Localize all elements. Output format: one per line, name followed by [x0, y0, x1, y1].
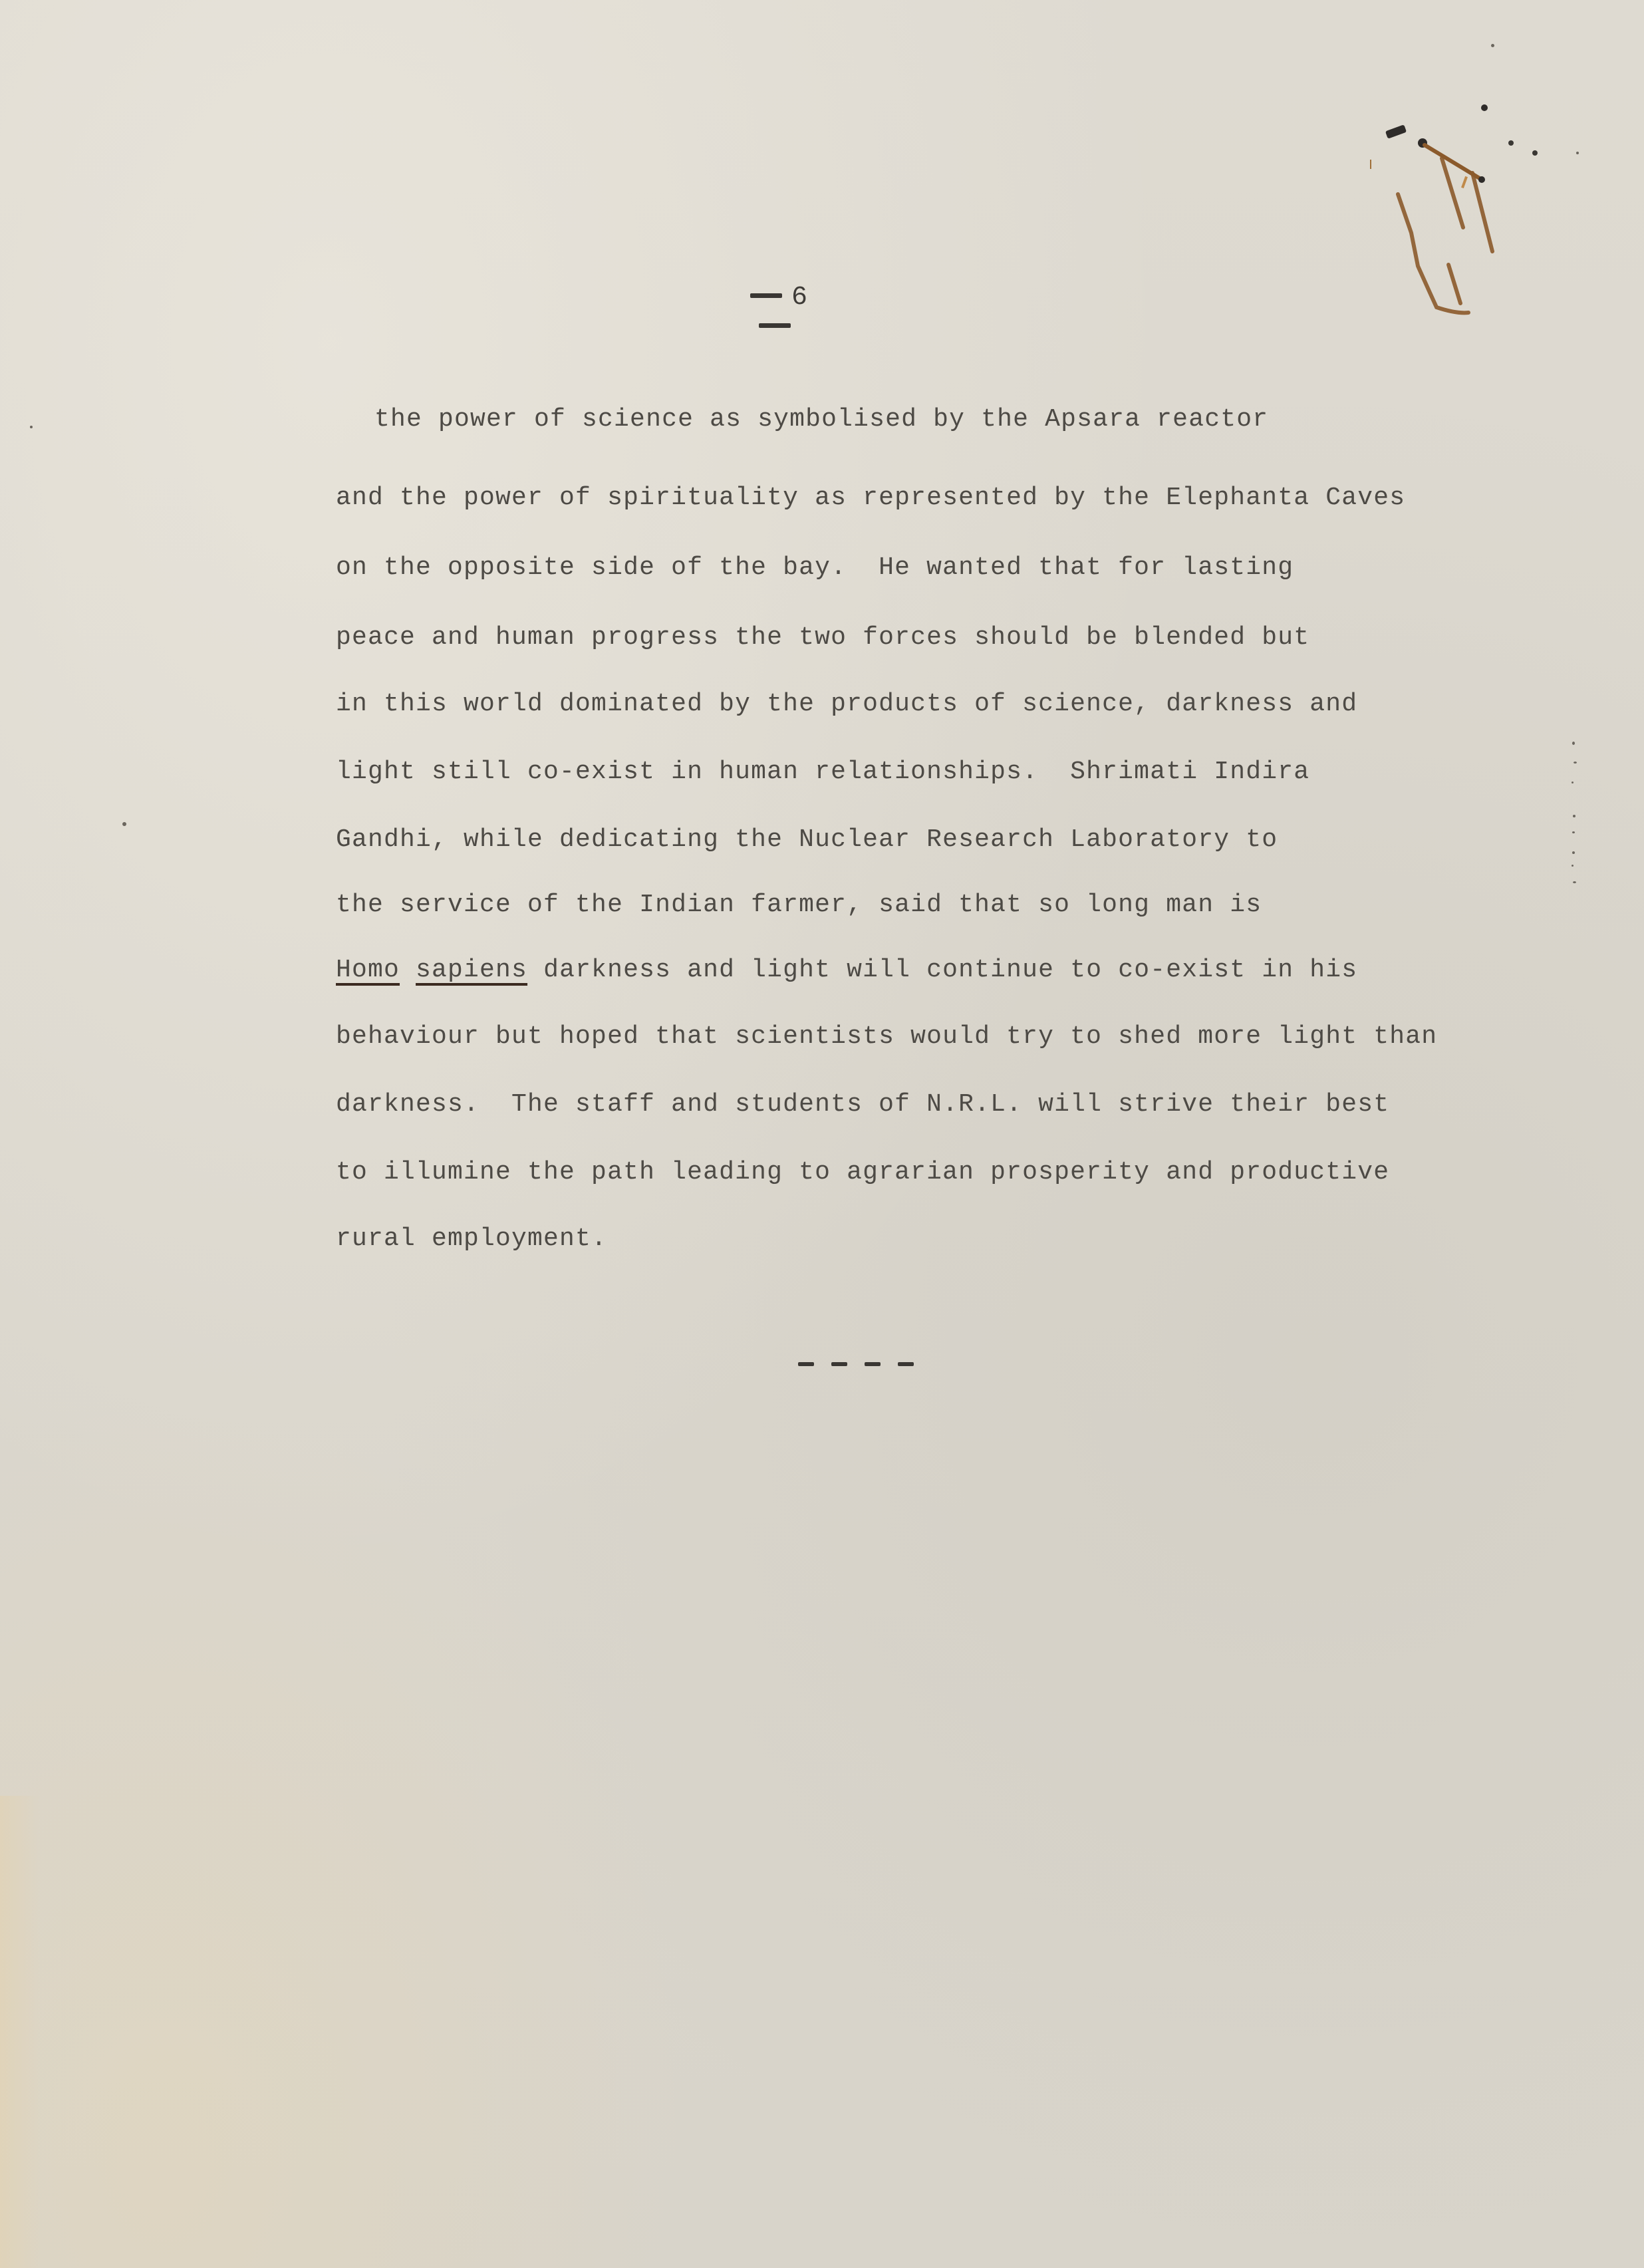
page-number-dash-left [750, 293, 782, 298]
text-line: rural employment. [336, 1226, 607, 1252]
text-line: in this world dominated by the products … [336, 692, 1357, 717]
margin-specks [1570, 742, 1583, 888]
text-line: behaviour but hoped that scientists woul… [336, 1024, 1437, 1050]
closing-dash [898, 1362, 914, 1366]
paper-edge-stain [0, 1796, 40, 2268]
text-line: on the opposite side of the bay. He want… [336, 555, 1294, 581]
text-line: light still co-exist in human relationsh… [336, 760, 1309, 785]
underlined-word-sapiens: sapiens [416, 956, 527, 984]
underlined-word-homo: Homo [336, 956, 400, 984]
text-line: the power of science as symbolised by th… [374, 407, 1268, 432]
page-number-value: 6 [791, 283, 809, 313]
paper-speck [1491, 44, 1494, 47]
text-line: peace and human progress the two forces … [336, 625, 1309, 650]
text-line: the service of the Indian farmer, said t… [336, 893, 1262, 918]
text-line: to illumine the path leading to agrarian… [336, 1160, 1389, 1185]
closing-mark [798, 1362, 914, 1366]
text-line-with-underline: Homo sapiens darkness and light will con… [336, 958, 1357, 983]
page-number: 6 [722, 283, 828, 343]
closing-dash [865, 1362, 881, 1366]
handwritten-mark-icon [1357, 153, 1516, 432]
text-line: darkness. The staff and students of N.R.… [336, 1092, 1389, 1117]
text-line: and the power of spirituality as represe… [336, 486, 1405, 511]
text-line-rest: darkness and light will continue to co-e… [527, 956, 1357, 984]
closing-dash [831, 1362, 847, 1366]
document-page: 6 the power of science as symbolised by … [0, 0, 1644, 2268]
paper-speck [1576, 152, 1579, 154]
closing-dash [798, 1362, 814, 1366]
paper-speck [122, 822, 126, 826]
paper-speck [30, 426, 33, 428]
text-line: Gandhi, while dedicating the Nuclear Res… [336, 827, 1278, 853]
page-number-dash-right [759, 323, 791, 328]
